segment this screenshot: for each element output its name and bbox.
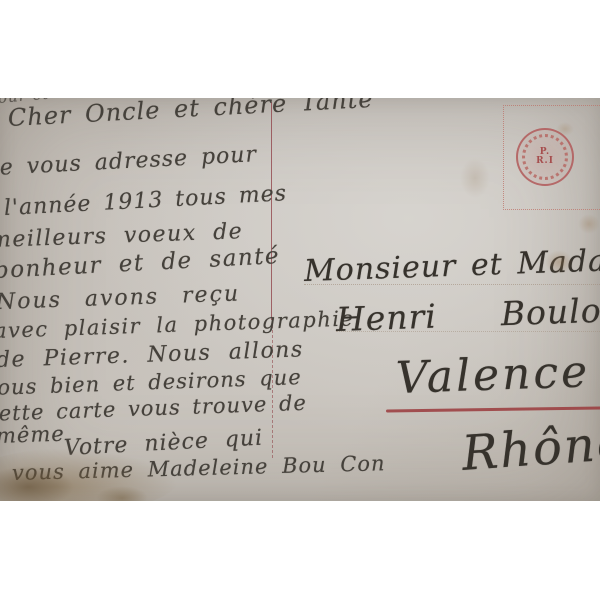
postmark-line2: R.I	[536, 157, 554, 166]
address-first-name: Henri	[335, 296, 437, 338]
message-line: Cher Oncle et chère Tante	[7, 98, 374, 132]
address-recipient-line: Monsieur et Madame	[303, 242, 600, 289]
page: { "photo": { "description": "Reverse of …	[0, 0, 600, 600]
postcard-photo: P. R.I our et Cher Oncle et chère Tante …	[0, 98, 600, 501]
city-underline	[386, 406, 600, 412]
message-line: l'année 1913 tous mes	[3, 181, 287, 221]
postmark-stamp-icon: P. R.I	[516, 128, 574, 186]
divider-line-solid	[271, 102, 272, 320]
address-last-name: Boulo	[500, 291, 600, 333]
postmark-text: P. R.I	[536, 148, 554, 167]
stain	[578, 214, 600, 234]
address-department: Rhône	[460, 415, 600, 482]
name-gap	[437, 325, 501, 327]
message-line: Nous avons reçu	[0, 281, 241, 315]
stain	[96, 486, 148, 501]
message-line: je vous adresse pour	[0, 142, 258, 181]
stain	[460, 158, 490, 198]
message-line: même	[0, 422, 65, 448]
address-city: Valence	[395, 346, 591, 404]
